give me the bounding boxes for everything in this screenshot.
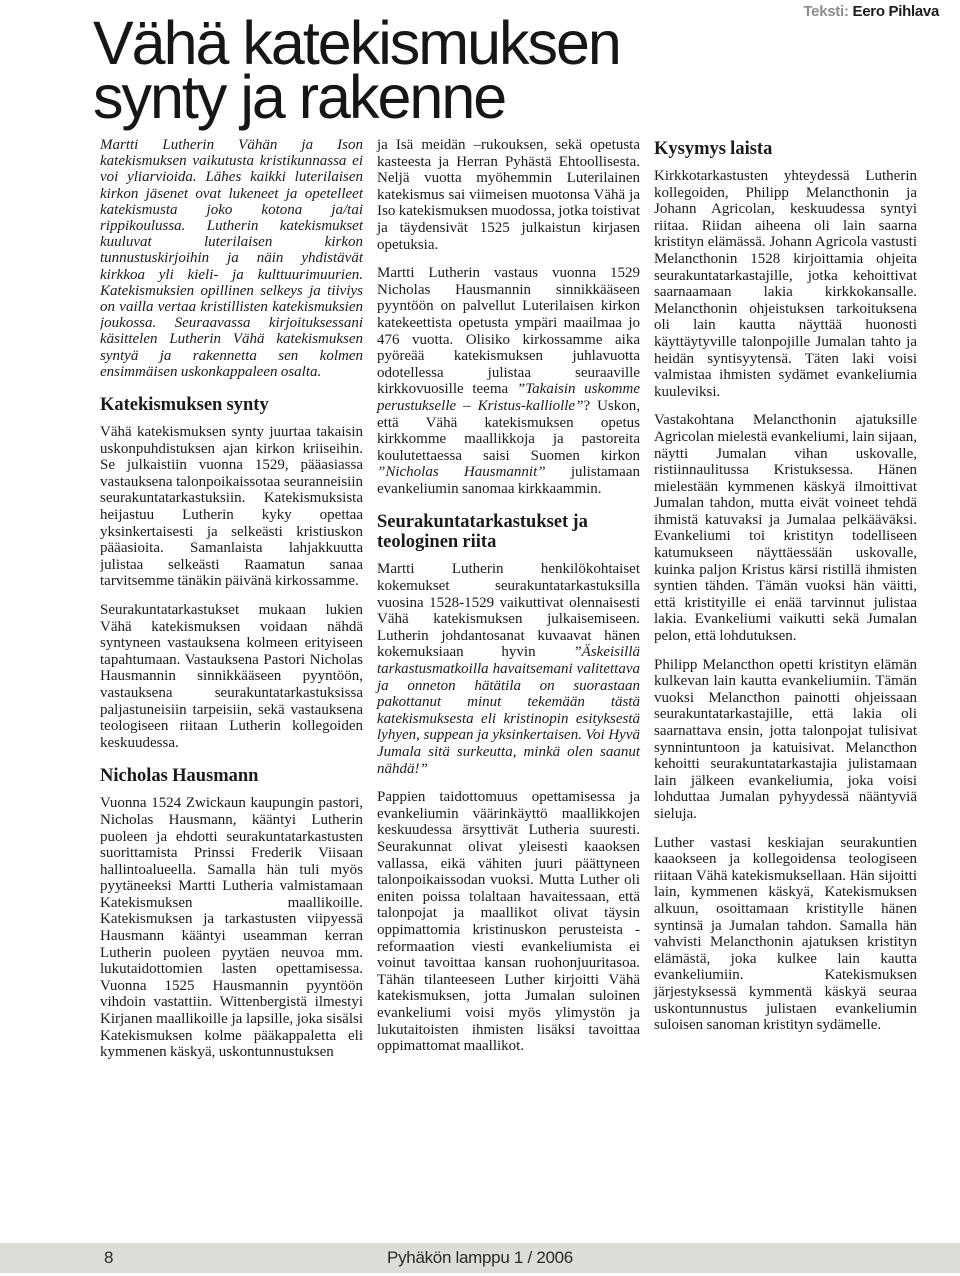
page-number: 8 xyxy=(104,1248,113,1268)
article-column-3: Kysymys laistaKirkkotarkastusten yhteyde… xyxy=(654,137,917,1239)
body-text: Luther vastasi keskiajan seurakuntien ka… xyxy=(654,835,917,1034)
article-title-line1: Vähä katekismuksen xyxy=(93,16,620,70)
section-heading: Seurakuntatarkastukset ja teologinen rii… xyxy=(377,512,640,552)
article-column-1: Martti Lutherin Vähän ja Ison katekismuk… xyxy=(100,137,363,1239)
section-heading: Kysymys laista xyxy=(654,139,917,159)
body-text: ja Isä meidän –rukouksen, sekä opetusta … xyxy=(377,137,640,253)
body-paragraph: Pappien taidottomuus opettamisessa ja ev… xyxy=(377,789,640,1055)
body-text: Vuonna 1524 Zwickaun kaupungin pastori, … xyxy=(100,795,363,1060)
body-text: Vastakohtana Melancthonin ajatuksille Ag… xyxy=(654,412,917,644)
quote-text: ”Nicholas Hausmannit” xyxy=(377,464,546,480)
body-text: Kirkkotarkastusten yhteydessä Lutherin k… xyxy=(654,168,917,400)
body-paragraph: Vastakohtana Melancthonin ajatuksille Ag… xyxy=(654,412,917,644)
byline-author: Eero Pihlava xyxy=(853,3,939,20)
section-heading: Katekismuksen synty xyxy=(100,395,363,415)
article-body: Martti Lutherin Vähän ja Ison katekismuk… xyxy=(100,137,918,1239)
body-paragraph: Martti Lutherin henkilökohtaiset kokemuk… xyxy=(377,561,640,777)
body-paragraph: Seurakuntatarkastukset mukaan lukien Väh… xyxy=(100,602,363,751)
lead-paragraph: Martti Lutherin Vähän ja Ison katekismuk… xyxy=(100,137,363,380)
section-heading: Nicholas Hausmann xyxy=(100,766,363,786)
body-paragraph: Martti Lutherin vastaus vuonna 1529 Nich… xyxy=(377,265,640,497)
body-paragraph: Vähä katekismuksen synty juurtaa takaisi… xyxy=(100,424,363,590)
body-text: Pappien taidottomuus opettamisessa ja ev… xyxy=(377,789,640,1054)
byline: Teksti:Eero Pihlava xyxy=(803,3,939,21)
body-paragraph: Vuonna 1524 Zwickaun kaupungin pastori, … xyxy=(100,795,363,1061)
article-title: Vähä katekismuksen synty ja rakenne xyxy=(93,16,620,124)
body-paragraph: ja Isä meidän –rukouksen, sekä opetusta … xyxy=(377,137,640,253)
body-text: Philipp Melancthon opetti kristityn eläm… xyxy=(654,657,917,822)
quote-text: ”Äskeisillä tarkastusmatkoilla havaitsem… xyxy=(377,644,640,776)
body-paragraph: Luther vastasi keskiajan seurakuntien ka… xyxy=(654,835,917,1034)
byline-label: Teksti: xyxy=(803,3,848,20)
article-title-line2: synty ja rakenne xyxy=(93,70,620,124)
body-paragraph: Philipp Melancthon opetti kristityn eläm… xyxy=(654,657,917,823)
article-column-2: ja Isä meidän –rukouksen, sekä opetusta … xyxy=(377,137,640,1239)
issue-label: Pyhäkön lamppu 1 / 2006 xyxy=(387,1248,573,1268)
body-text: Vähä katekismuksen synty juurtaa takaisi… xyxy=(100,424,363,589)
body-text: Martti Lutherin vastaus vuonna 1529 Nich… xyxy=(377,265,640,397)
body-text: Martti Lutherin Vähän ja Ison katekismuk… xyxy=(100,137,363,380)
footer-bar: 8 Pyhäkön lamppu 1 / 2006 xyxy=(0,1243,960,1273)
body-paragraph: Kirkkotarkastusten yhteydessä Lutherin k… xyxy=(654,168,917,400)
body-text: Seurakuntatarkastukset mukaan lukien Väh… xyxy=(100,602,363,751)
magazine-page: Teksti:Eero Pihlava Vähä katekismuksen s… xyxy=(0,0,960,1276)
